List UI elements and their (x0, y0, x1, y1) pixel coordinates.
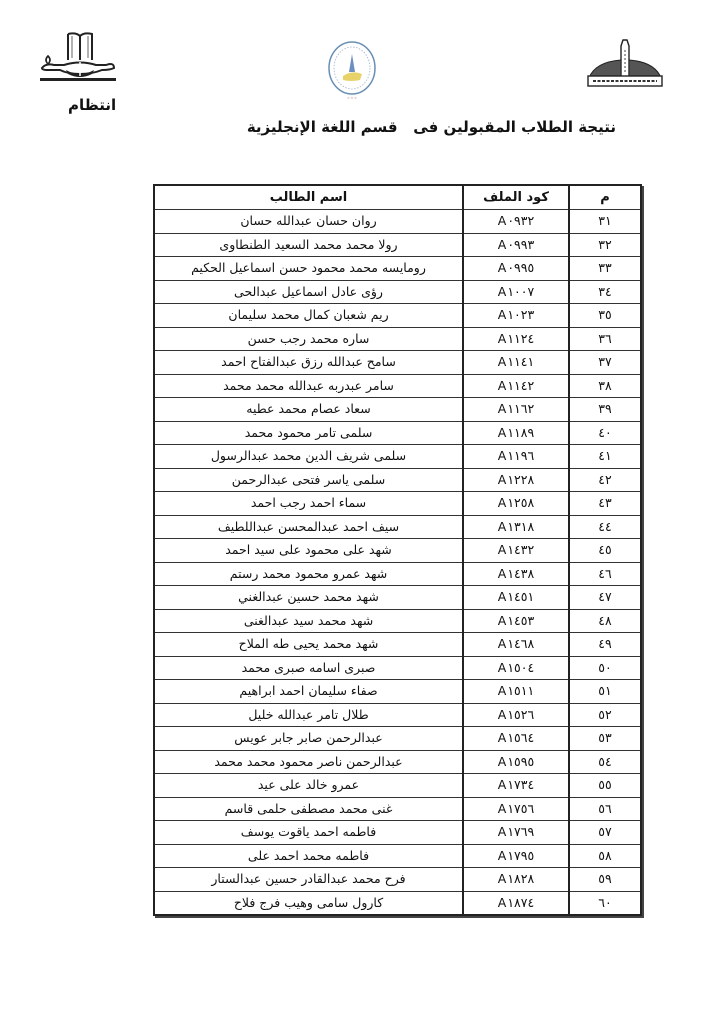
table-header-row: م كود الملف اسم الطالب (154, 185, 641, 210)
row-number: ٤٦ (569, 562, 641, 586)
student-name: عبدالرحمن صابر جابر عويس (154, 727, 463, 751)
row-number: ٣٩ (569, 398, 641, 422)
student-name: كارول سامى وهيب فرج فلاح (154, 891, 463, 915)
student-name: شهد محمد حسين عبدالغني (154, 586, 463, 610)
row-number: ٦٠ (569, 891, 641, 915)
file-code: A١١٤٢ (463, 374, 569, 398)
table-row: ٣٣A٠٩٩٥رومايسه محمد محمود حسن اسماعيل ال… (154, 257, 641, 281)
file-code: A١٧٦٩ (463, 821, 569, 845)
row-number: ٤٢ (569, 468, 641, 492)
student-name: غنى محمد مصطفى حلمى قاسم (154, 797, 463, 821)
table-row: ٥٤A١٥٩٥عبدالرحمن ناصر محمود محمد محمد (154, 750, 641, 774)
student-name: روان حسان عبدالله حسان (154, 210, 463, 234)
file-code: A١٨٢٨ (463, 868, 569, 892)
student-name: سلمى تامر محمود محمد (154, 421, 463, 445)
table-row: ٤٨A١٤٥٣شهد محمد سيد عبدالغنى (154, 609, 641, 633)
student-name: سيف احمد عبدالمحسن عبداللطيف (154, 515, 463, 539)
file-code: A١٥٢٦ (463, 703, 569, 727)
file-code: A١٥٩٥ (463, 750, 569, 774)
row-number: ٤٥ (569, 539, 641, 563)
row-number: ٤١ (569, 445, 641, 469)
table-row: ٤٦A١٤٣٨شهد عمرو محمود محمد رستم (154, 562, 641, 586)
table-row: ٥٥A١٧٣٤عمرو خالد على عيد (154, 774, 641, 798)
svg-text:◦◦◦: ◦◦◦ (347, 95, 358, 102)
table-row: ٣٤A١٠٠٧رؤى عادل اسماعيل عبدالحى (154, 280, 641, 304)
file-code: A١٧٥٦ (463, 797, 569, 821)
student-name: رؤى عادل اسماعيل عبدالحى (154, 280, 463, 304)
table-row: ٤٠A١١٨٩سلمى تامر محمود محمد (154, 421, 641, 445)
table-row: ٥٢A١٥٢٦طلال تامر عبدالله خليل (154, 703, 641, 727)
table-row: ٤٣A١٢٥٨سماء احمد رجب احمد (154, 492, 641, 516)
table-row: ٥٣A١٥٦٤عبدالرحمن صابر جابر عويس (154, 727, 641, 751)
student-name: ريم شعبان كمال محمد سليمان (154, 304, 463, 328)
student-name: سلمى شريف الدين محمد عبدالرسول (154, 445, 463, 469)
student-name: شهد عمرو محمود محمد رستم (154, 562, 463, 586)
student-name: سلمى ياسر فتحى عبدالرحمن (154, 468, 463, 492)
student-name: سماء احمد رجب احمد (154, 492, 463, 516)
file-code: A١٤٦٨ (463, 633, 569, 657)
file-code: A١٥٠٤ (463, 656, 569, 680)
file-code: A٠٩٩٣ (463, 233, 569, 257)
row-number: ٤٨ (569, 609, 641, 633)
row-number: ٥٦ (569, 797, 641, 821)
table-row: ٥١A١٥١١صفاء سليمان احمد ابراهيم (154, 680, 641, 704)
table-row: ٣٢A٠٩٩٣رولا محمد محمد السعيد الطنطاوى (154, 233, 641, 257)
file-code: A١١٩٦ (463, 445, 569, 469)
file-code: A١٠٢٣ (463, 304, 569, 328)
table-row: ٤٢A١٢٢٨سلمى ياسر فتحى عبدالرحمن (154, 468, 641, 492)
accepted-students-table: م كود الملف اسم الطالب ٣١A٠٩٣٢روان حسان … (153, 184, 642, 916)
file-code: A١١٢٤ (463, 327, 569, 351)
student-name: فرح محمد عبدالقادر حسين عبدالستار (154, 868, 463, 892)
row-number: ٥٧ (569, 821, 641, 845)
table-row: ٤٧A١٤٥١شهد محمد حسين عبدالغني (154, 586, 641, 610)
student-name: صبرى اسامه صبرى محمد (154, 656, 463, 680)
file-code: A١١٨٩ (463, 421, 569, 445)
file-code: A١٥١١ (463, 680, 569, 704)
column-header-file-code: كود الملف (463, 185, 569, 210)
table-row: ٣٧A١١٤١سامح عبدالله رزق عبدالفتاح احمد (154, 351, 641, 375)
page-title: نتيجة الطلاب المقبولين فى قسم اللغة الإن… (247, 118, 616, 136)
file-code: A١٨٧٤ (463, 891, 569, 915)
student-name: صفاء سليمان احمد ابراهيم (154, 680, 463, 704)
row-number: ٣١ (569, 210, 641, 234)
student-name: عبدالرحمن ناصر محمود محمد محمد (154, 750, 463, 774)
row-number: ٥٣ (569, 727, 641, 751)
student-name: رولا محمد محمد السعيد الطنطاوى (154, 233, 463, 257)
row-number: ٥٠ (569, 656, 641, 680)
student-name: سامح عبدالله رزق عبدالفتاح احمد (154, 351, 463, 375)
column-header-number: م (569, 185, 641, 210)
student-name: شهد على محمود على سيد احمد (154, 539, 463, 563)
file-code: A١٣١٨ (463, 515, 569, 539)
student-name: طلال تامر عبدالله خليل (154, 703, 463, 727)
file-code: A٠٩٣٢ (463, 210, 569, 234)
column-header-student-name: اسم الطالب (154, 185, 463, 210)
lamp-book-logo (34, 30, 120, 82)
file-code: A١٤٣٢ (463, 539, 569, 563)
file-code: A١٧٩٥ (463, 844, 569, 868)
row-number: ٤٣ (569, 492, 641, 516)
row-number: ٣٦ (569, 327, 641, 351)
faculty-round-seal-logo: ◦◦◦ (326, 40, 378, 116)
student-name: ساره محمد رجب حسن (154, 327, 463, 351)
row-number: ٣٤ (569, 280, 641, 304)
student-name: عمرو خالد على عيد (154, 774, 463, 798)
row-number: ٥١ (569, 680, 641, 704)
university-obelisk-logo (585, 38, 665, 88)
row-number: ٤٧ (569, 586, 641, 610)
table-row: ٥٨A١٧٩٥فاطمه محمد احمد على (154, 844, 641, 868)
table-row: ٤٩A١٤٦٨شهد محمد يحيى طه الملاح (154, 633, 641, 657)
file-code: A١٤٥١ (463, 586, 569, 610)
study-mode-label: انتظام (68, 96, 116, 114)
table-row: ٤٤A١٣١٨سيف احمد عبدالمحسن عبداللطيف (154, 515, 641, 539)
table-row: ٦٠A١٨٧٤كارول سامى وهيب فرج فلاح (154, 891, 641, 915)
row-number: ٣٧ (569, 351, 641, 375)
student-name: سعاد عصام محمد عطيه (154, 398, 463, 422)
row-number: ٥٩ (569, 868, 641, 892)
row-number: ٥٥ (569, 774, 641, 798)
row-number: ٣٢ (569, 233, 641, 257)
file-code: A١٢٢٨ (463, 468, 569, 492)
file-code: A١٠٠٧ (463, 280, 569, 304)
row-number: ٥٨ (569, 844, 641, 868)
file-code: A١١٦٢ (463, 398, 569, 422)
file-code: A١٤٣٨ (463, 562, 569, 586)
file-code: A١٤٥٣ (463, 609, 569, 633)
row-number: ٥٤ (569, 750, 641, 774)
table-row: ٥٩A١٨٢٨فرح محمد عبدالقادر حسين عبدالستار (154, 868, 641, 892)
row-number: ٤٩ (569, 633, 641, 657)
row-number: ٣٥ (569, 304, 641, 328)
row-number: ٣٣ (569, 257, 641, 281)
row-number: ٤٠ (569, 421, 641, 445)
row-number: ٣٨ (569, 374, 641, 398)
table-row: ٤٥A١٤٣٢شهد على محمود على سيد احمد (154, 539, 641, 563)
student-name: شهد محمد يحيى طه الملاح (154, 633, 463, 657)
student-name: سامر عبدربه عبدالله محمد محمد (154, 374, 463, 398)
table-row: ٤١A١١٩٦سلمى شريف الدين محمد عبدالرسول (154, 445, 641, 469)
file-code: A١٥٦٤ (463, 727, 569, 751)
table-row: ٥٠A١٥٠٤صبرى اسامه صبرى محمد (154, 656, 641, 680)
student-name: شهد محمد سيد عبدالغنى (154, 609, 463, 633)
table-row: ٣٩A١١٦٢سعاد عصام محمد عطيه (154, 398, 641, 422)
table-row: ٣١A٠٩٣٢روان حسان عبدالله حسان (154, 210, 641, 234)
table-row: ٥٦A١٧٥٦غنى محمد مصطفى حلمى قاسم (154, 797, 641, 821)
table-row: ٥٧A١٧٦٩فاطمه احمد ياقوت يوسف (154, 821, 641, 845)
file-code: A١١٤١ (463, 351, 569, 375)
file-code: A١٢٥٨ (463, 492, 569, 516)
row-number: ٤٤ (569, 515, 641, 539)
student-name: فاطمه محمد احمد على (154, 844, 463, 868)
file-code: A٠٩٩٥ (463, 257, 569, 281)
student-name: رومايسه محمد محمود حسن اسماعيل الحكيم (154, 257, 463, 281)
row-number: ٥٢ (569, 703, 641, 727)
table-row: ٣٨A١١٤٢سامر عبدربه عبدالله محمد محمد (154, 374, 641, 398)
table-row: ٣٦A١١٢٤ساره محمد رجب حسن (154, 327, 641, 351)
table-row: ٣٥A١٠٢٣ريم شعبان كمال محمد سليمان (154, 304, 641, 328)
file-code: A١٧٣٤ (463, 774, 569, 798)
student-name: فاطمه احمد ياقوت يوسف (154, 821, 463, 845)
